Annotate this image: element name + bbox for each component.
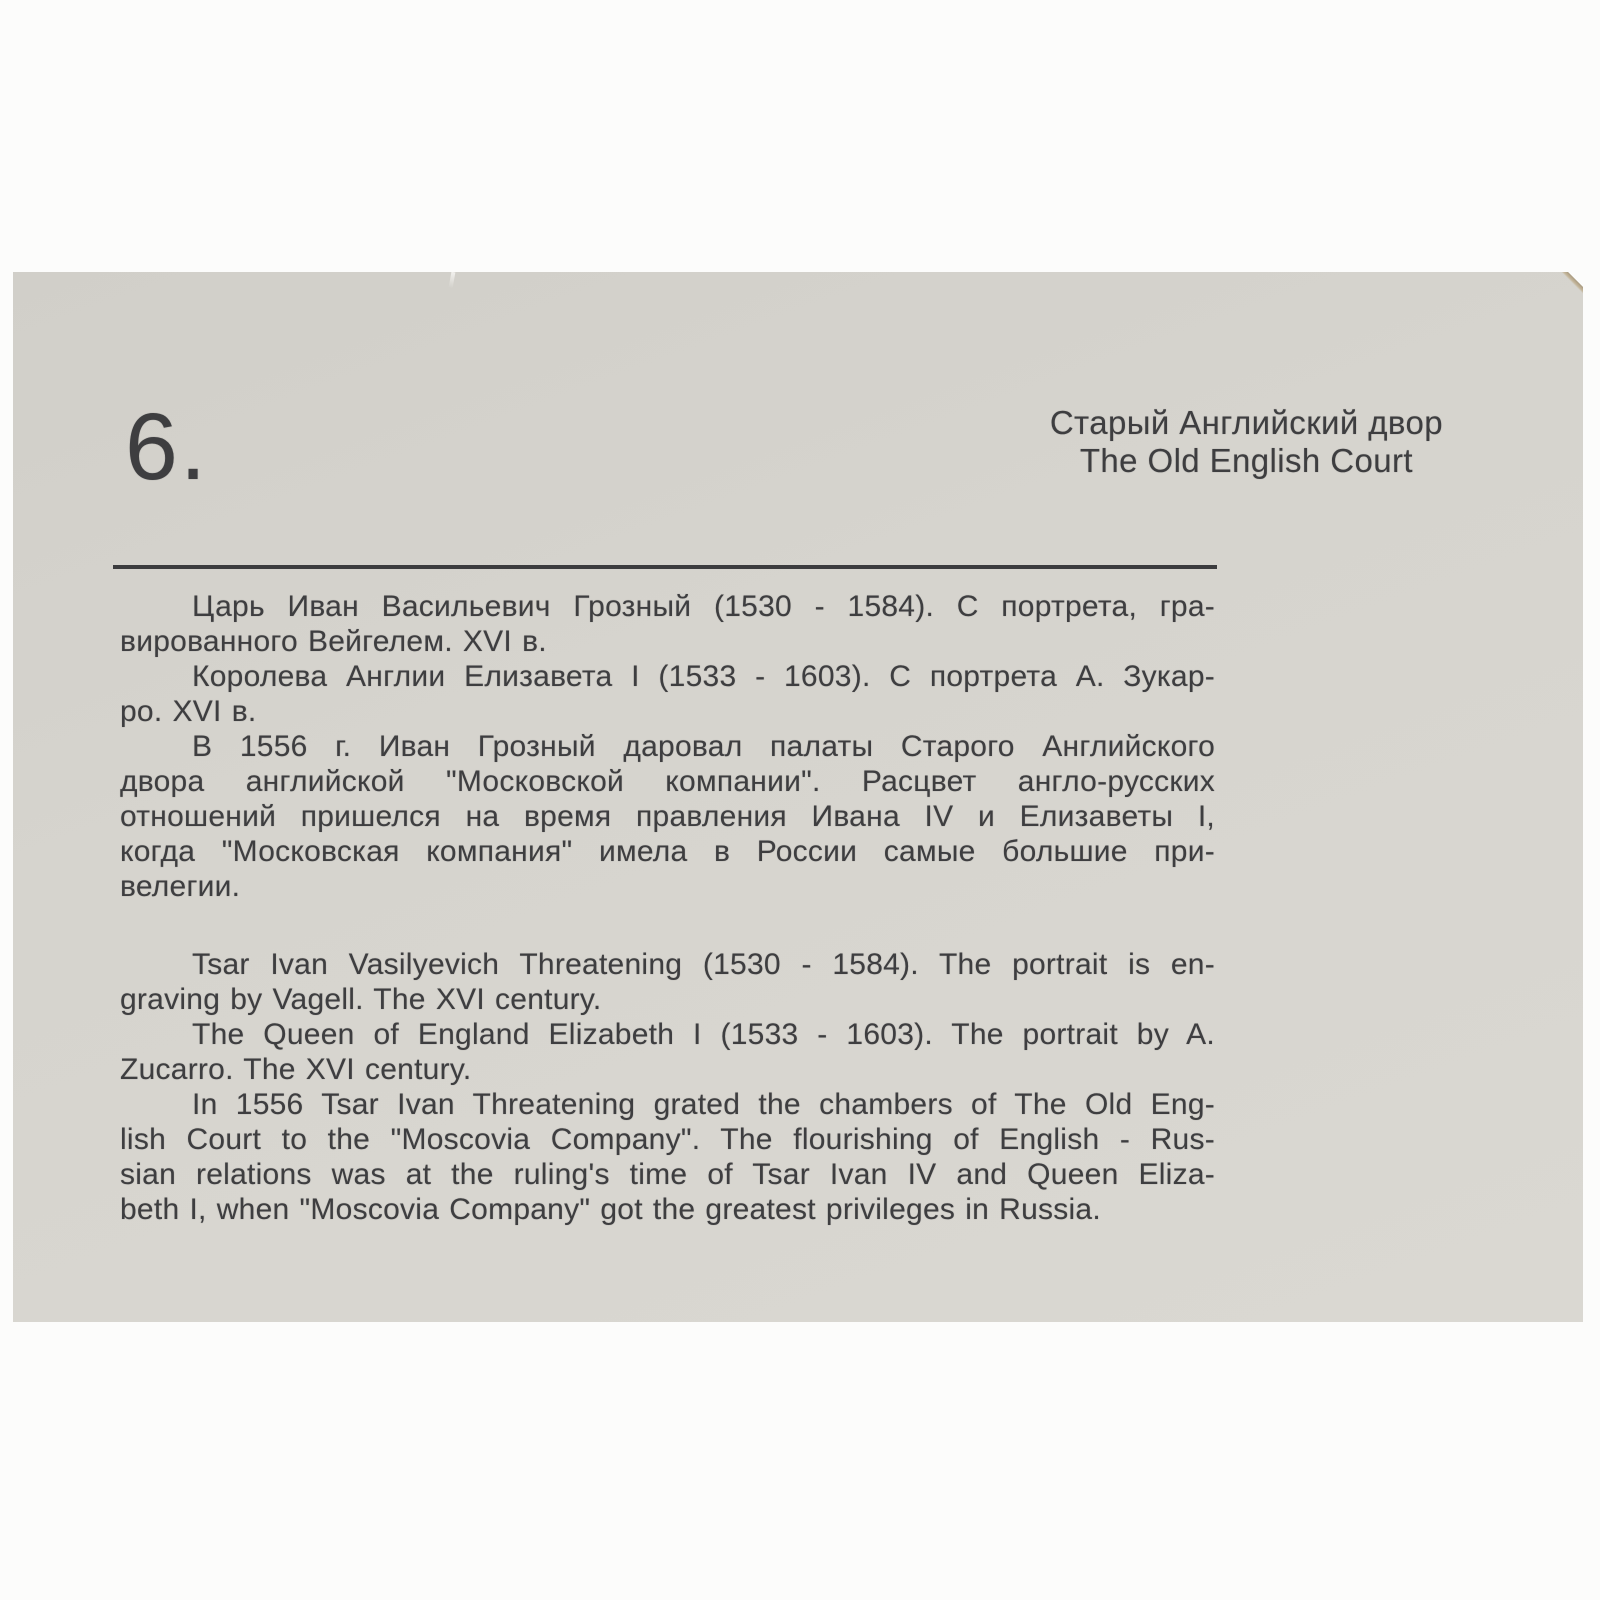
text-line: lish Court to the "Moscovia Company". Th… bbox=[120, 1122, 1215, 1157]
divider-line bbox=[113, 565, 1217, 569]
title-english: The Old English Court bbox=[1050, 442, 1443, 480]
paper-crease bbox=[449, 272, 456, 288]
text-line: graving by Vagell. The XVI century. bbox=[120, 982, 1215, 1017]
text-line: вированного Вейгелем. XVI в. bbox=[120, 624, 1215, 659]
text-line: отношений пришелся на время правления Ив… bbox=[120, 799, 1215, 834]
postcard: 6. Старый Английский двор The Old Englis… bbox=[13, 272, 1583, 1322]
text-line: двора английской "Московской компании". … bbox=[120, 764, 1215, 799]
text-line: In 1556 Tsar Ivan Threatening grated the… bbox=[120, 1087, 1215, 1122]
text-line: когда "Московская компания" имела в Росс… bbox=[120, 834, 1215, 869]
card-number: 6. bbox=[125, 400, 208, 495]
title-russian: Старый Английский двор bbox=[1050, 404, 1443, 442]
text-line: велегии. bbox=[120, 869, 1215, 904]
text-line: Королева Англии Елизавета I (1533 - 1603… bbox=[120, 659, 1215, 694]
text-line: ро. XVI в. bbox=[120, 694, 1215, 729]
text-line: Tsar Ivan Vasilyevich Threatening (1530 … bbox=[120, 947, 1215, 982]
title-block: Старый Английский двор The Old English C… bbox=[1050, 404, 1443, 480]
text-line: Царь Иван Васильевич Грозный (1530 - 158… bbox=[120, 589, 1215, 624]
text-line: The Queen of England Elizabeth I (1533 -… bbox=[120, 1017, 1215, 1052]
corner-fold bbox=[1557, 270, 1585, 298]
russian-text-block: Царь Иван Васильевич Грозный (1530 - 158… bbox=[120, 589, 1215, 904]
english-text-block: Tsar Ivan Vasilyevich Threatening (1530 … bbox=[120, 947, 1215, 1227]
text-line: В 1556 г. Иван Грозный даровал палаты Ст… bbox=[120, 729, 1215, 764]
text-line: beth I, when "Moscovia Company" got the … bbox=[120, 1192, 1215, 1227]
text-line: sian relations was at the ruling's time … bbox=[120, 1157, 1215, 1192]
text-line: Zucarro. The XVI century. bbox=[120, 1052, 1215, 1087]
scan-background: 6. Старый Английский двор The Old Englis… bbox=[0, 0, 1600, 1600]
